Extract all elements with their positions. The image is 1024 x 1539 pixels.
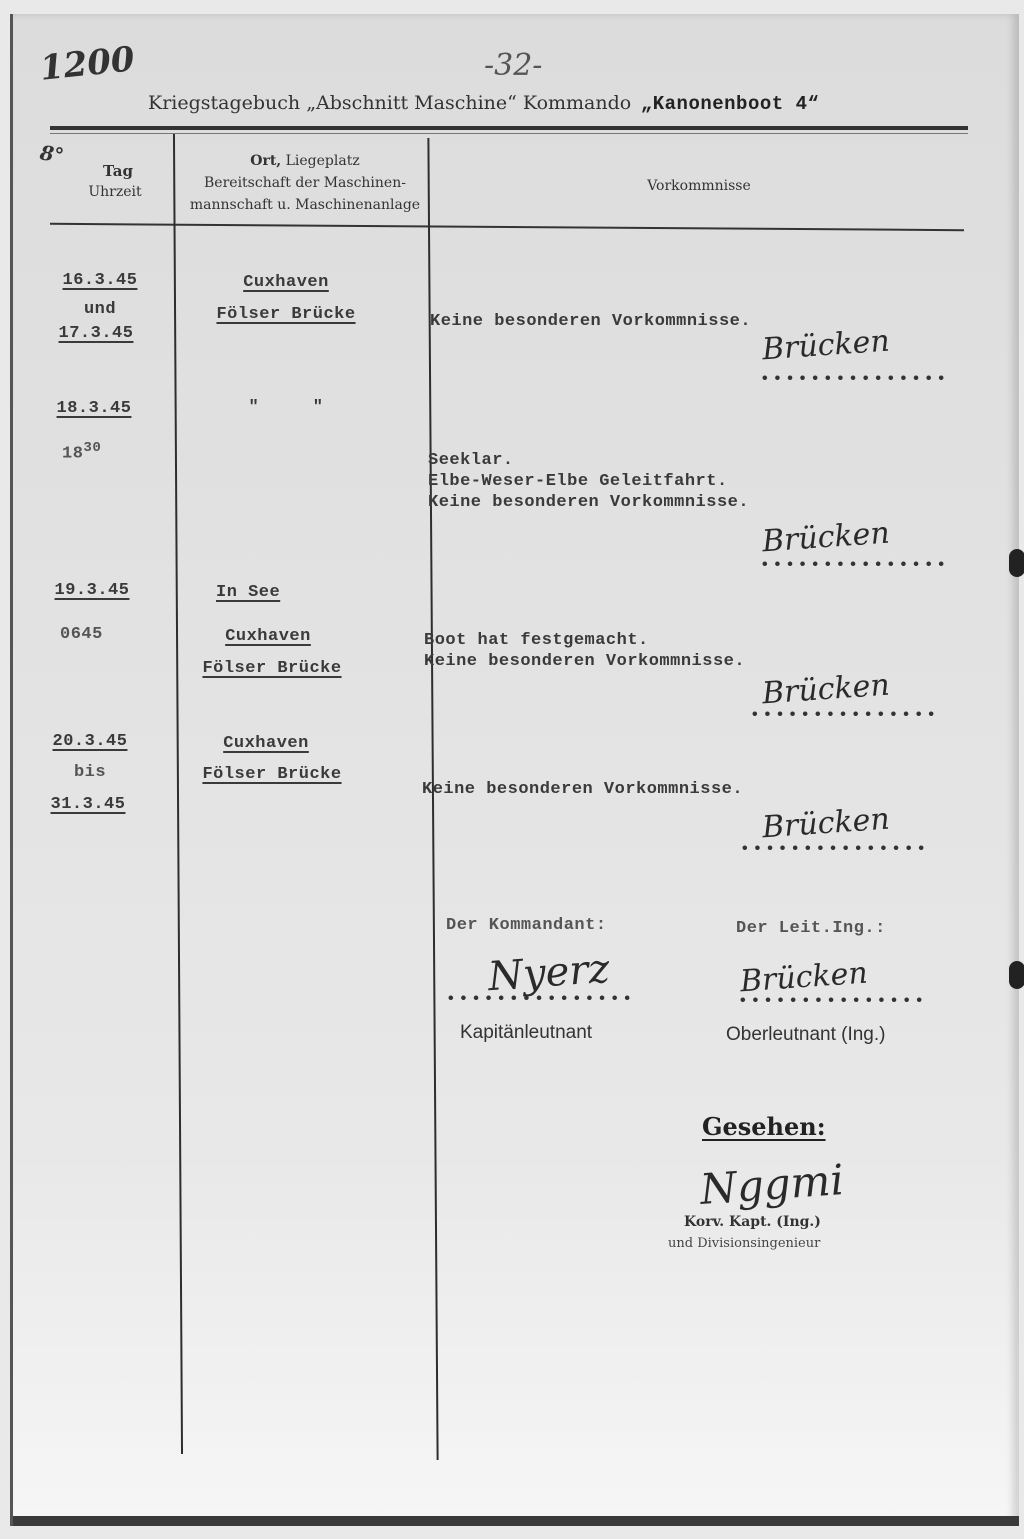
signature-line: ••••••••••••••• [740, 840, 929, 858]
header-location-line2: Bereitschaft der Maschinen- [178, 172, 432, 194]
entry-event: Keine besonderen Vorkommnisse. [424, 651, 745, 672]
entry-event: Keine besonderen Vorkommnisse. [430, 312, 751, 331]
entry-location: Cuxhaven [168, 627, 368, 646]
header-location-line3: mannschaft u. Maschinenanlage [178, 194, 432, 216]
header-events: Vorkommnisse [434, 178, 964, 194]
approval-label: Gesehen: [702, 1112, 826, 1141]
time-minutes: 30 [83, 440, 101, 456]
signature-line: ••••••••••••••• [760, 556, 949, 574]
signature-line: ••••••••••••••• [446, 990, 635, 1008]
header-day: Tag [88, 162, 148, 180]
entry-location: Cuxhaven [166, 734, 366, 753]
entry-location: Fölser Brücke [172, 765, 372, 784]
entry-date: 19.3.45 [32, 581, 152, 600]
header-location-line1: Liegeplatz [286, 153, 360, 169]
entry-event: Keine besonderen Vorkommnisse. [428, 492, 749, 513]
punch-hole [1009, 549, 1024, 577]
entry-location: Fölser Brücke [186, 305, 386, 324]
entry-event: Boot hat festgemacht. [424, 630, 745, 651]
entry-date: 20.3.45 [30, 732, 150, 751]
title-prefix: Kriegstagebuch „Abschnitt Maschine“ Komm… [148, 92, 631, 114]
commander-label: Der Kommandant: [446, 916, 607, 935]
entry-location: Fölser Brücke [172, 659, 372, 678]
chief-engineer-rank: Oberleutnant (Ing.) [726, 1024, 885, 1046]
entry-date: 17.3.45 [36, 324, 156, 343]
entry-events: Seeklar. Elbe-Weser-Elbe Geleitfahrt. Ke… [428, 450, 749, 513]
entry-events: Boot hat festgemacht. Keine besonderen V… [424, 630, 745, 672]
title-unit: „Kanonenboot 4“ [641, 93, 820, 115]
entry-location: Cuxhaven [186, 273, 386, 292]
entry-time: 0645 [60, 625, 103, 644]
entry-date: 31.3.45 [28, 795, 148, 814]
punch-hole [1009, 961, 1024, 989]
page-edge [13, 1516, 1019, 1526]
entry-event: Elbe-Weser-Elbe Geleitfahrt. [428, 471, 749, 492]
approval-rank: Korv. Kapt. (Ing.) [684, 1214, 821, 1230]
entry-time: 1830 [62, 440, 101, 464]
approval-rank-line2: und Divisionsingenieur [668, 1236, 820, 1251]
commander-rank: Kapitänleutnant [460, 1022, 592, 1044]
header-location: Ort, Liegeplatz Bereitschaft der Maschin… [178, 150, 432, 216]
signature-line: ••••••••••••••• [750, 706, 939, 724]
document-page [10, 14, 1019, 1526]
document-title: Kriegstagebuch „Abschnitt Maschine“ Komm… [148, 92, 819, 115]
header-rule-thin [50, 133, 968, 134]
entry-event: Seeklar. [428, 450, 749, 471]
signature-line: ••••••••••••••• [738, 992, 927, 1010]
entry-date: 18.3.45 [34, 399, 154, 418]
header-time: Uhrzeit [70, 184, 160, 200]
approval-signature: Nggmi [698, 1155, 845, 1214]
page-number: -32- [484, 48, 542, 83]
entry-date-connector: und [40, 300, 160, 319]
entry-location-ditto: " " [186, 398, 386, 417]
handwritten-mark: 8° [38, 140, 65, 167]
entry-event: Keine besonderen Vorkommnisse. [422, 780, 743, 799]
chief-engineer-label: Der Leit.Ing.: [736, 919, 886, 938]
entry-date-connector: bis [30, 763, 150, 782]
header-location-bold: Ort, [250, 153, 281, 169]
entry-date: 16.3.45 [40, 271, 160, 290]
time-hours: 18 [62, 445, 83, 464]
entry-location: In See [216, 583, 280, 602]
header-rule [50, 126, 968, 130]
signature-line: ••••••••••••••• [760, 370, 949, 388]
